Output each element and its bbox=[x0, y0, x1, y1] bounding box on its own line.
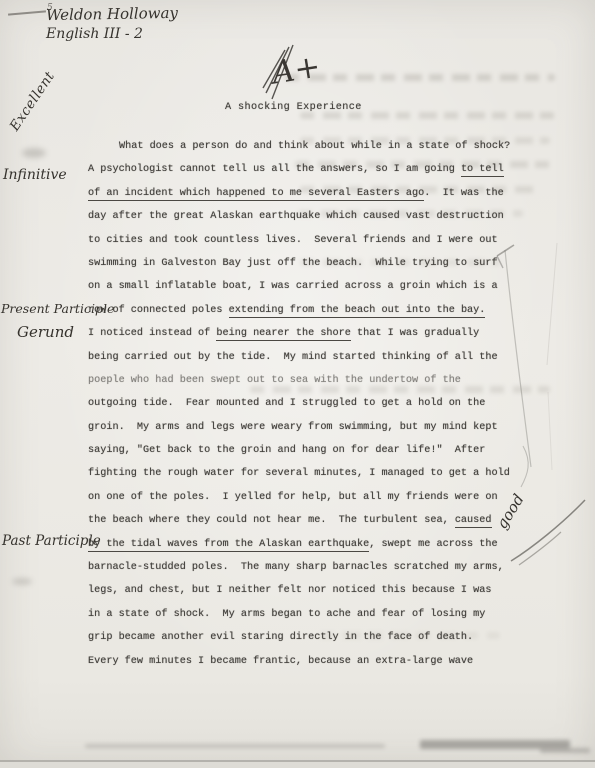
typed-line: day after the great Alaskan earthquake w… bbox=[88, 211, 548, 234]
typed-text: being carried out by the tide. My mind s… bbox=[88, 352, 498, 363]
typed-text: fighting the rough water for several min… bbox=[88, 468, 510, 479]
typed-text: legs, and chest, but I neither felt nor … bbox=[88, 585, 492, 596]
typed-text: barnacle-studded poles. The many sharp b… bbox=[88, 562, 504, 573]
typed-line: I noticed instead of being nearer the sh… bbox=[88, 328, 548, 351]
typed-text: swimming in Galveston Bay just off the b… bbox=[88, 258, 498, 269]
excellent-note: Excellent bbox=[7, 68, 58, 134]
typed-line: in a state of shock. My arms began to ac… bbox=[88, 609, 548, 632]
typed-text: , swept me across the bbox=[369, 539, 497, 550]
typed-text: row of connected poles bbox=[88, 305, 229, 316]
typed-line: to cities and took countless lives. Seve… bbox=[88, 235, 548, 258]
typed-line: the beach where they could not hear me. … bbox=[88, 515, 548, 538]
typed-line: by the tidal waves from the Alaskan eart… bbox=[88, 539, 548, 562]
typed-text: to cities and took countless lives. Seve… bbox=[88, 235, 498, 246]
teacher-underline: being nearer the shore bbox=[216, 328, 351, 341]
typed-line: barnacle-studded poles. The many sharp b… bbox=[88, 562, 548, 585]
typed-line: legs, and chest, but I neither felt nor … bbox=[88, 585, 548, 608]
typed-line: outgoing tide. Fear mounted and I strugg… bbox=[88, 398, 548, 421]
typed-line: A psychologist cannot tell us all the an… bbox=[88, 164, 548, 187]
typed-text: poeple who had been swept out to sea wit… bbox=[88, 375, 461, 386]
gerund-note: Gerund bbox=[17, 323, 74, 341]
typed-line: on one of the poles. I yelled for help, … bbox=[88, 492, 548, 515]
typed-line: What does a person do and think about wh… bbox=[88, 141, 548, 164]
typed-line: groin. My arms and legs were weary from … bbox=[88, 422, 548, 445]
teacher-underline: by the tidal waves from the Alaskan eart… bbox=[88, 539, 369, 552]
typed-text: on a small inflatable boat, I was carrie… bbox=[88, 281, 498, 292]
teacher-underline: caused bbox=[455, 515, 492, 528]
typed-line: on a small inflatable boat, I was carrie… bbox=[88, 281, 548, 304]
typed-text: outgoing tide. Fear mounted and I strugg… bbox=[88, 398, 485, 409]
student-name: Weldon Holloway bbox=[46, 4, 178, 24]
teacher-underline: extending from the beach out into the ba… bbox=[229, 305, 486, 318]
ink-smudge bbox=[22, 148, 46, 158]
typed-line: swimming in Galveston Bay just off the b… bbox=[88, 258, 548, 281]
typed-text: day after the great Alaskan earthquake w… bbox=[88, 211, 504, 222]
typed-text: the beach where they could not hear me. … bbox=[88, 515, 455, 526]
typed-text: grip became another evil staring directl… bbox=[88, 632, 473, 643]
typed-text: saying, "Get back to the groin and hang … bbox=[88, 445, 485, 456]
ink-smudge bbox=[12, 578, 32, 585]
typed-text: that I was gradually bbox=[351, 328, 479, 339]
teacher-underline: to tell bbox=[461, 164, 504, 177]
typed-text: Every few minutes I became frantic, beca… bbox=[88, 656, 473, 667]
bleed-through-smudge bbox=[300, 112, 555, 119]
grade-mark: A+ bbox=[269, 48, 322, 91]
bleed-through-smudge bbox=[285, 74, 555, 81]
typed-line: fighting the rough water for several min… bbox=[88, 468, 548, 491]
typed-text: in a state of shock. My arms began to ac… bbox=[88, 609, 485, 620]
typed-text: I noticed instead of bbox=[88, 328, 216, 339]
typed-lines: What does a person do and think about wh… bbox=[88, 141, 548, 679]
scan-edge-streak bbox=[540, 748, 590, 753]
page-bottom-margin bbox=[0, 762, 595, 768]
paper-crease bbox=[547, 243, 557, 470]
typed-line: poeple who had been swept out to sea wit… bbox=[88, 375, 548, 398]
typed-text: . It was the bbox=[424, 188, 503, 199]
typed-text: on one of the poles. I yelled for help, … bbox=[88, 492, 498, 503]
typed-line: of an incident which happened to me seve… bbox=[88, 188, 548, 211]
scan-edge-streak bbox=[85, 744, 385, 748]
corner-dash-mark bbox=[8, 10, 46, 15]
past-participle-note: Past Participle bbox=[2, 533, 101, 549]
typed-line: being carried out by the tide. My mind s… bbox=[88, 352, 548, 375]
typed-line: saying, "Get back to the groin and hang … bbox=[88, 445, 548, 468]
typed-text: What does a person do and think about wh… bbox=[119, 141, 510, 152]
typed-line: row of connected poles extending from th… bbox=[88, 305, 548, 328]
teacher-underline: of an incident which happened to me seve… bbox=[88, 188, 424, 201]
class-label: English III - 2 bbox=[46, 26, 143, 42]
typed-text: groin. My arms and legs were weary from … bbox=[88, 422, 498, 433]
typed-line: Every few minutes I became frantic, beca… bbox=[88, 656, 548, 679]
essay-title: A shocking Experience bbox=[225, 102, 362, 113]
scanned-essay-page: 5 Weldon Holloway English III - 2 Excell… bbox=[0, 0, 595, 768]
typed-line: grip became another evil staring directl… bbox=[88, 632, 548, 655]
typed-text: A psychologist cannot tell us all the an… bbox=[88, 164, 461, 175]
infinitive-note: Infinitive bbox=[3, 167, 67, 183]
